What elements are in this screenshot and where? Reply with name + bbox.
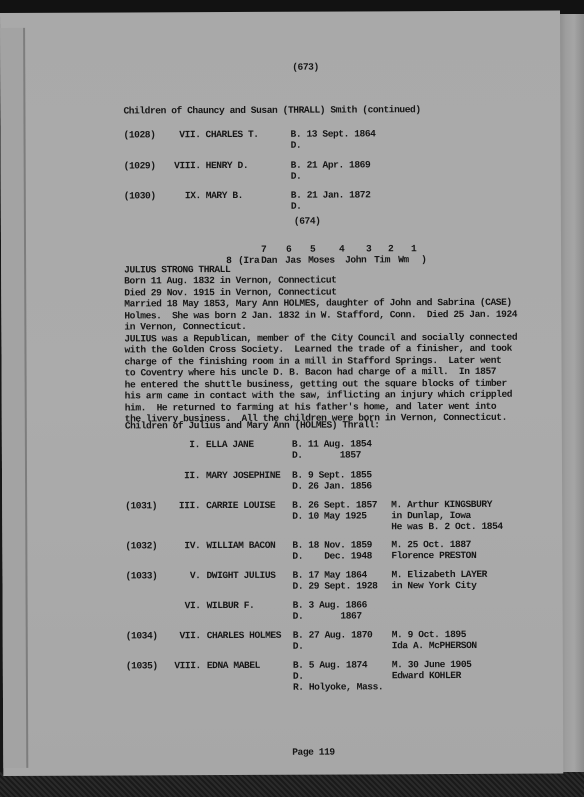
document-page: (673) Children of Chauncy and Susan (THR…	[0, 11, 563, 776]
child-ordinal: I.	[152, 439, 200, 451]
ancestor-name: (Ira	[238, 255, 259, 267]
child-ordinal: IX.	[151, 190, 201, 202]
child-vital: B. 27 Aug. 1870	[293, 629, 373, 641]
child-ordinal: VIII.	[153, 660, 201, 672]
biography-text: Born 11 Aug. 1832 in Vernon, Connecticut…	[124, 274, 517, 425]
child-birth: B. 21 Apr. 1869	[291, 159, 371, 171]
child-vital: D. Dec. 1948	[292, 550, 372, 562]
ancestor-name: Tim	[374, 254, 390, 266]
child-vital: D. 10 May 1925	[292, 510, 366, 522]
child-vital: D. 26 Jan. 1856	[292, 480, 372, 492]
page-edge-right	[560, 14, 584, 772]
child-name: CHARLES T.	[206, 129, 259, 141]
generation-number: 7	[261, 244, 266, 256]
child-ordinal: V.	[152, 570, 200, 582]
child-marriage: Ida A. McPHERSON	[392, 640, 477, 652]
ancestor-name: )	[421, 254, 426, 266]
child-ordinal: VIII.	[151, 160, 201, 172]
child-ordinal: VII.	[151, 129, 201, 141]
page-header-number: (673)	[292, 62, 319, 74]
child-vital: D.	[293, 641, 304, 653]
generation-number: 4	[339, 243, 344, 255]
child-name: DWIGHT JULIUS	[206, 570, 275, 582]
child-ordinal: II.	[152, 470, 200, 482]
child-marriage: Florence PRESTON	[391, 550, 476, 562]
ancestor-name: Moses	[308, 255, 335, 267]
child-name: EDNA MABEL	[207, 660, 260, 672]
child-ordinal: VI.	[153, 600, 201, 612]
child-vital: D. 1867	[293, 610, 362, 622]
child-vital: D. 29 Sept. 1928	[292, 580, 377, 592]
child-death: D.	[291, 171, 302, 183]
child-birth: B. 21 Jan. 1872	[291, 189, 371, 201]
generation-number: 2	[388, 243, 393, 255]
generation-number: 1	[411, 243, 416, 255]
child-name: WILLIAM BACON	[206, 540, 275, 552]
entry-number: (674)	[294, 216, 321, 228]
child-name: MARY JOSEPHINE	[206, 470, 280, 482]
ancestor-name: Wm	[398, 254, 409, 266]
child-marriage: Edward KOHLER	[392, 670, 461, 682]
child-ordinal: VII.	[153, 630, 201, 642]
child-death: D.	[291, 140, 302, 152]
section2-heading: Children of Julius and Mary Ann (HOLMES)…	[125, 419, 380, 432]
page-footer: Page 119	[292, 747, 335, 759]
child-name: ELLA JANE	[206, 439, 254, 451]
child-marriage: M. Arthur KINGSBURY	[391, 499, 492, 511]
generation-number: 6	[286, 244, 291, 256]
child-vital: D. 1857	[292, 449, 361, 461]
child-vital: R. Holyoke, Mass.	[293, 681, 383, 693]
generation-number: 5	[310, 244, 315, 256]
child-marriage: He was B. 2 Oct. 1854	[391, 521, 503, 533]
child-vital: B. 5 Aug. 1874	[293, 659, 367, 671]
child-name: CHARLES HOLMES	[207, 630, 281, 642]
ancestor-name: Dan	[261, 255, 277, 267]
child-name: HENRY D.	[206, 160, 249, 172]
child-marriage: M. 9 Oct. 1895	[392, 629, 466, 641]
generation-number: 3	[366, 243, 371, 255]
child-ordinal: III.	[152, 500, 200, 512]
ancestor-name: Jas	[285, 255, 301, 267]
child-death: D.	[291, 201, 302, 213]
child-marriage: in New York City	[391, 580, 476, 592]
child-name: MARY B.	[206, 190, 243, 202]
scan-bottom-edge	[0, 772, 584, 797]
child-vital: D.	[293, 671, 304, 683]
binding-margin	[0, 28, 26, 768]
child-ordinal: IV.	[152, 540, 200, 552]
child-name: CARRIE LOUISE	[206, 500, 275, 512]
ancestor-name: John	[345, 254, 366, 266]
section1-heading: Children of Chauncy and Susan (THRALL) S…	[123, 104, 420, 117]
child-name: WILBUR F.	[207, 600, 255, 612]
child-birth: B. 13 Sept. 1864	[291, 128, 376, 140]
